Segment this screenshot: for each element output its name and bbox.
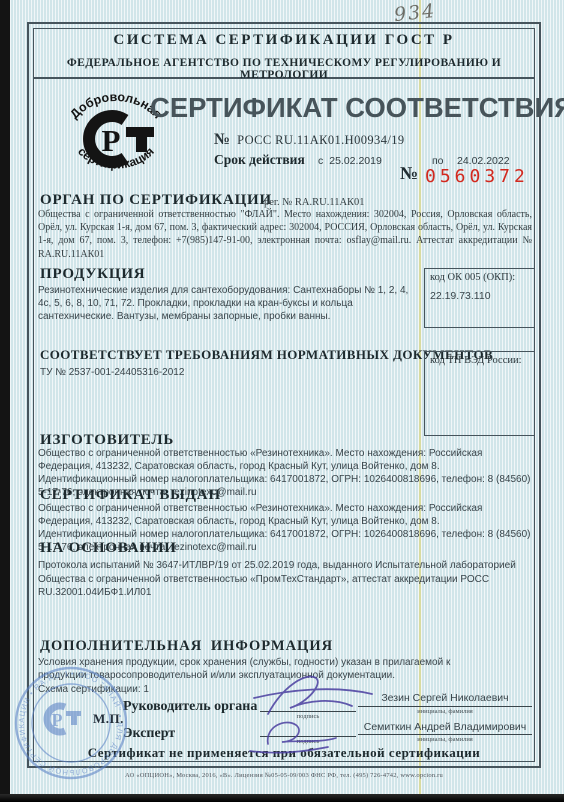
okp-code-label: код ОК 005 (ОКП): [430,272,515,283]
serial-number-label: № [400,163,418,184]
expert-name-line [358,734,532,735]
section-heading-product: ПРОДУКЦИЯ [40,266,145,283]
certification-body-reg-number: рег. № RA.RU.11АК01 [264,197,365,208]
section-heading-certification-body: ОРГАН ПО СЕРТИФИКАЦИИ [40,192,272,209]
certification-system-title: СИСТЕМА СЕРТИФИКАЦИИ ГОСТ Р [34,32,534,49]
basis-text: Протокола испытаний № 3647-ИТЛВР/19 от 2… [38,559,524,600]
okp-code-value: 22.19.73.110 [430,290,491,302]
logo-letter-p: Р [102,123,121,158]
section-heading-additional-info: ДОПОЛНИТЕЛЬНАЯ ИНФОРМАЦИЯ [40,638,333,655]
head-name-caption: инициалы, фамилия [358,708,532,715]
certificate-title: СЕРТИФИКАТ СООТВЕТСТВИЯ [150,92,564,124]
product-description: Резинотехнические изделия для сантехобор… [38,284,420,323]
head-name: Зезин Сергей Николаевич [358,692,532,704]
agency-title: ФЕДЕРАЛЬНОЕ АГЕНТСТВО ПО ТЕХНИЧЕСКОМУ РЕ… [34,57,534,81]
expert-name: Семиткин Андрей Владимирович [358,721,532,733]
certificate-number-label: № [214,131,230,148]
certificate-number-value: РОСС RU.11АК01.Н00934/19 [230,133,404,147]
stamp-t-stem [71,711,77,725]
expert-name-caption: инициалы, фамилия [358,736,532,743]
stamp-place-label: М.П. [93,711,124,727]
valid-from: с25.02.2019 [318,155,382,167]
section-heading-basis: НА ОСНОВАНИИ [40,540,177,557]
print-house-line: АО «ОПЦИОН», Москва, 2016, «В». Лицензия… [27,772,541,779]
logo-t-stem [136,127,147,152]
scan-edge-bottom [0,794,564,802]
certification-body-text: Общества с ограниченной ответственностью… [38,208,532,261]
scan-edge-left [0,0,10,802]
compliance-document: ТУ № 2537-001-24405316-2012 [40,366,184,379]
serial-number: 0560372 [425,166,529,187]
head-name-line [358,706,532,707]
tnved-code-label: код ТН ВЭД России: [430,355,522,366]
validity-label: Срок действия [214,152,305,168]
stamp-letter-p: Р [52,710,63,730]
valid-from-date: 25.02.2019 [323,155,382,167]
certificate-number-line: №РОСС RU.11АК01.Н00934/19 [214,131,405,149]
expert-label: Эксперт [123,726,175,742]
expert-signature-ink [238,712,358,756]
